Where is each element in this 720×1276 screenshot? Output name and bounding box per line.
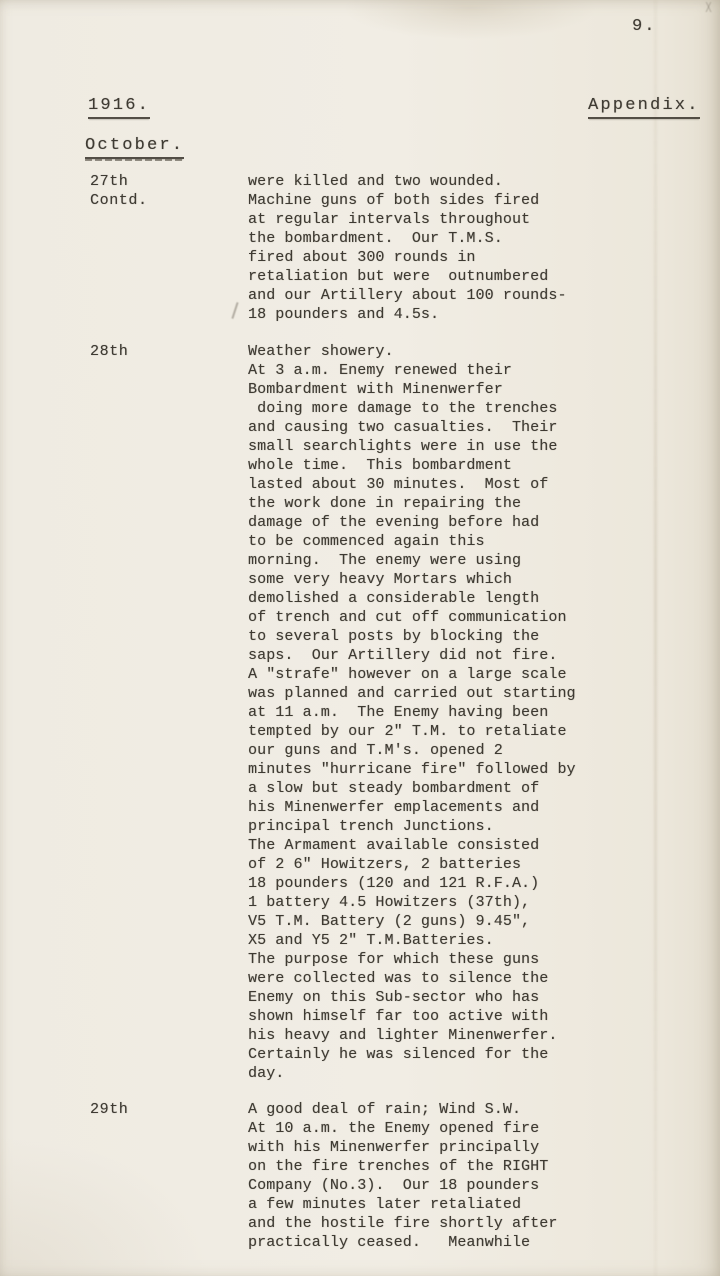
entry-date-label: 29th xyxy=(90,1100,128,1119)
month-heading: October. xyxy=(85,136,184,159)
entry-body-text: were killed and two wounded. Machine gun… xyxy=(248,172,567,324)
pencil-scribble-mark xyxy=(700,2,718,12)
month-heading-dashed-underline xyxy=(85,159,182,161)
entry-body-text: A good deal of rain; Wind S.W. At 10 a.m… xyxy=(248,1100,557,1252)
scanned-diary-page: { "page": { "number": "9.", "year": "191… xyxy=(0,0,720,1276)
pencil-slash-mark xyxy=(231,302,238,319)
entry-date-label: 27th Contd. xyxy=(90,172,148,210)
entry-body-text: Weather showery. At 3 a.m. Enemy renewed… xyxy=(248,342,576,1083)
appendix-heading: Appendix. xyxy=(588,96,700,119)
year-heading: 1916. xyxy=(88,96,150,119)
page-number: 9. xyxy=(632,17,656,36)
paper-crease-line xyxy=(654,0,657,1276)
entry-date-label: 28th xyxy=(90,342,128,361)
